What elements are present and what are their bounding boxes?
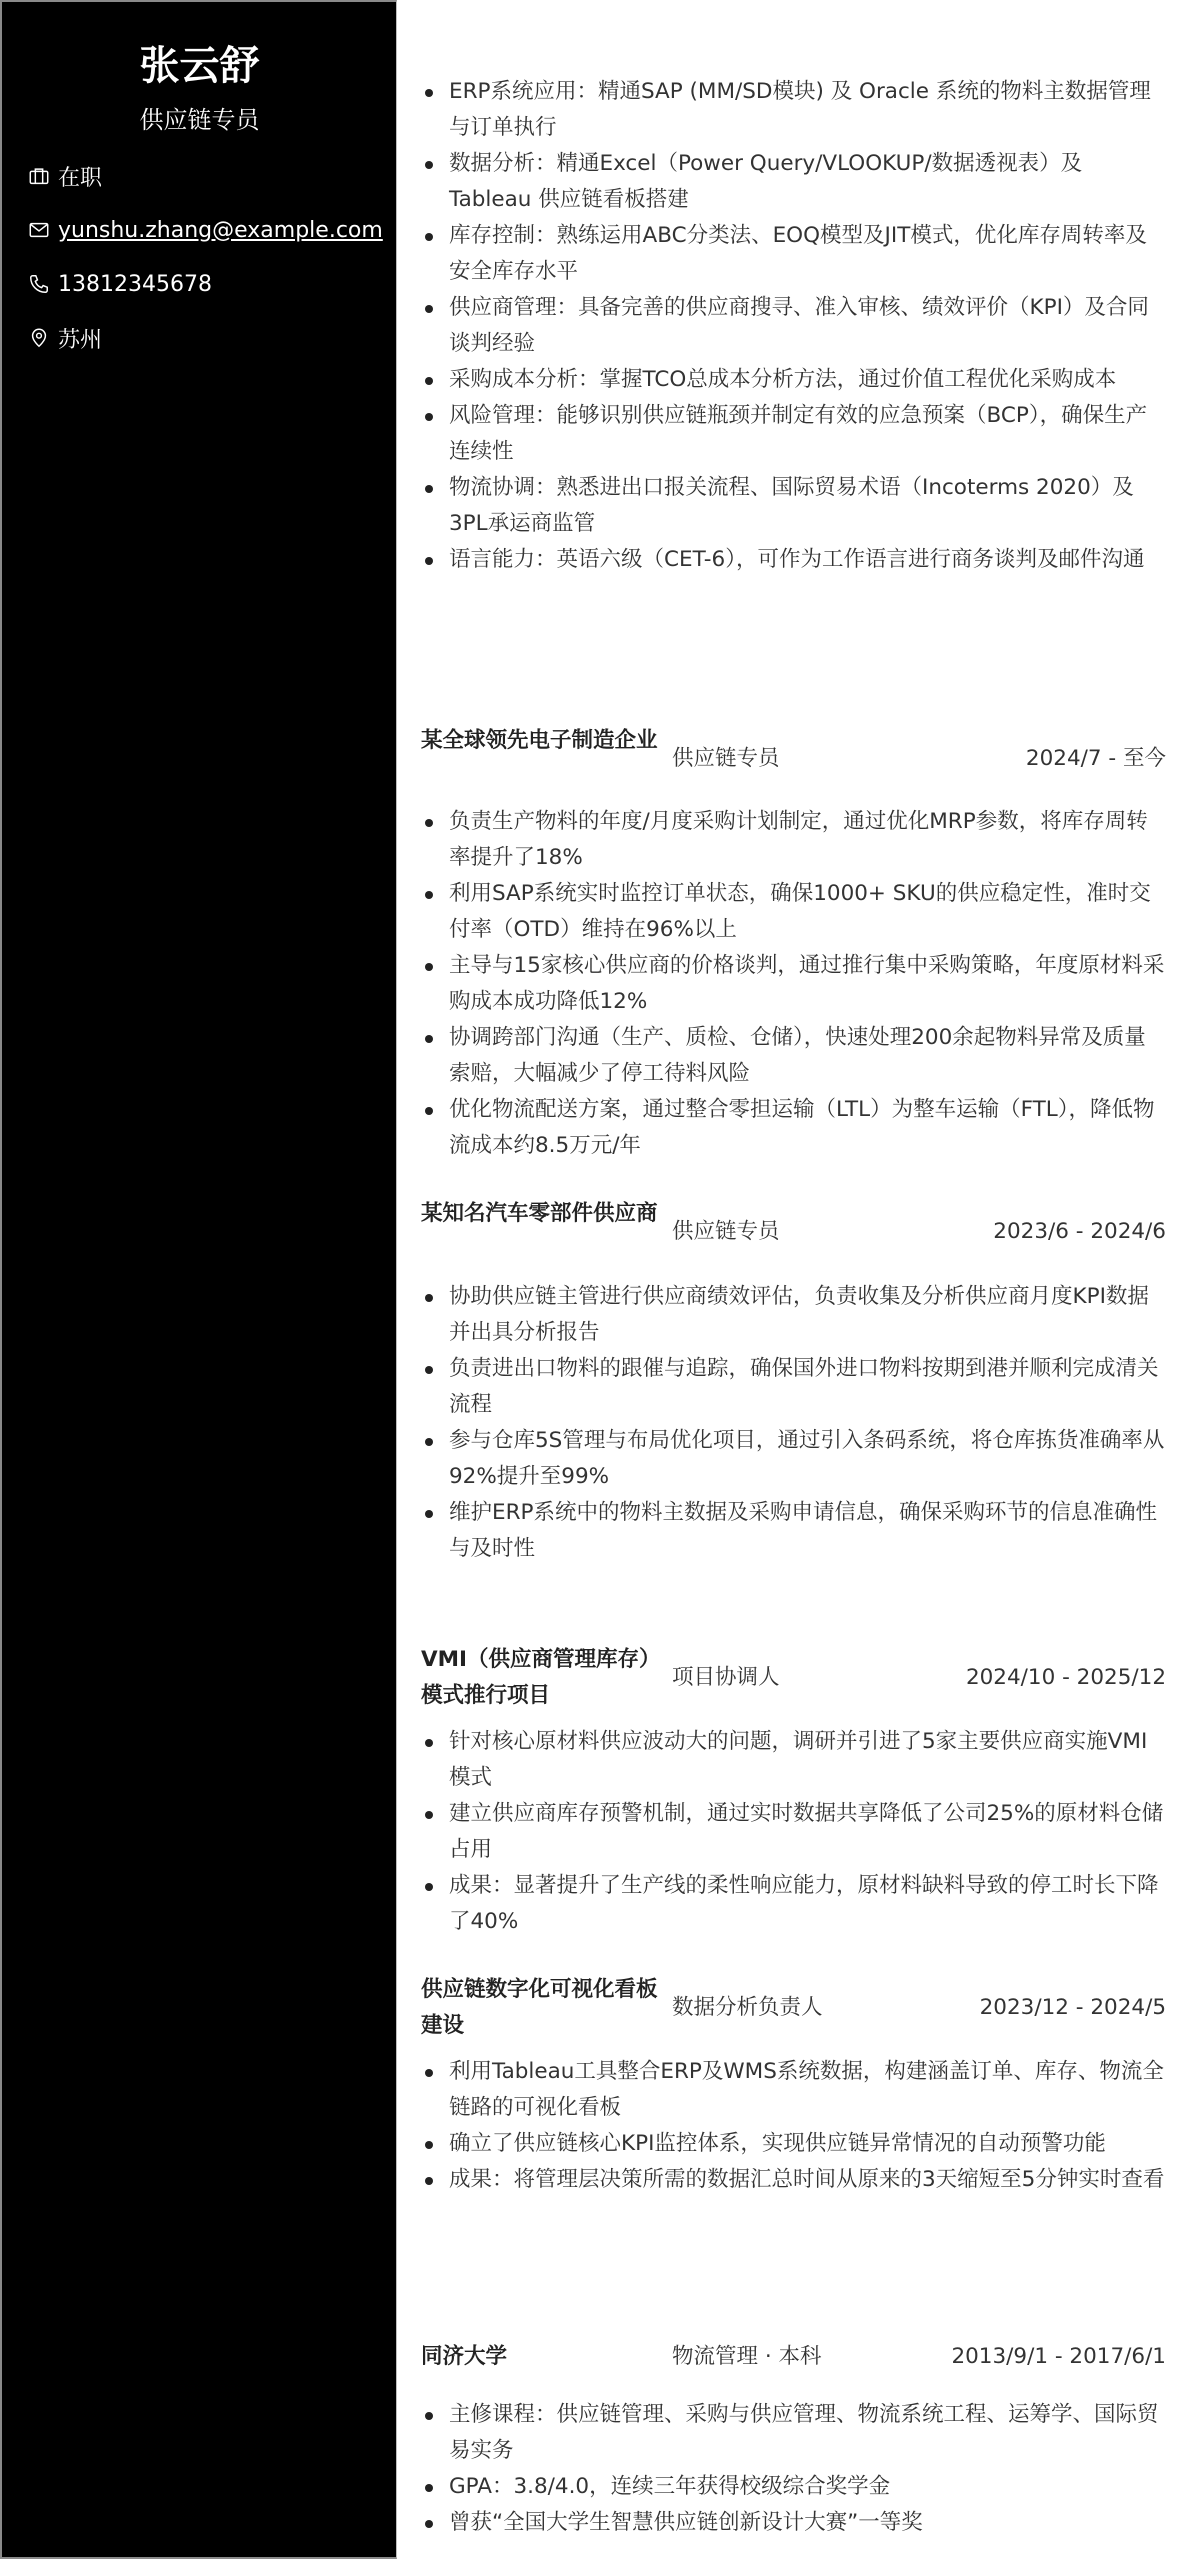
list-item: 建立供应商库存预警机制，通过实时数据共享降低了公司25%的原材料仓储占用: [421, 1796, 1166, 1868]
list-item: 成果：将管理层决策所需的数据汇总时间从原来的3天缩短至5分钟实时查看: [421, 2162, 1166, 2198]
date-range: 2024/7 - 至今: [1026, 741, 1166, 777]
list-item: 协助供应链主管进行供应商绩效评估，负责收集及分析供应商月度KPI数据并出具分析报…: [421, 1279, 1166, 1351]
phone-text: 13812345678: [58, 272, 212, 297]
contact-phone: 13812345678: [28, 266, 384, 302]
list-item: 曾获“全国大学生智慧供应链创新设计大赛”一等奖: [421, 2505, 1166, 2541]
skills-list: ERP系统应用：精通SAP (MM/SD模块) 及 Oracle 系统的物料主数…: [421, 74, 1166, 578]
project-name: 供应链数字化可视化看板建设: [421, 1972, 666, 2044]
job-role: 供应链专员: [672, 1214, 780, 1250]
work-bullets: 负责生产物料的年度/月度采购计划制定，通过优化MRP参数，将库存周转率提升了18…: [421, 804, 1166, 1164]
skill-item: 物流协调：熟悉进出口报关流程、国际贸易术语（Incoterms 2020）及3P…: [421, 470, 1166, 542]
date-range: 2023/12 - 2024/5: [980, 1990, 1166, 2026]
date-range: 2013/9/1 - 2017/6/1: [951, 2339, 1166, 2375]
work-entry-header: 某全球领先电子制造企业 供应链专员 2024/7 - 至今: [421, 723, 1166, 795]
skill-item: 库存控制：熟练运用ABC分类法、EOQ模型及JIT模式，优化库存周转率及安全库存…: [421, 218, 1166, 290]
list-item: 针对核心原材料供应波动大的问题，调研并引进了5家主要供应商实施VMI模式: [421, 1724, 1166, 1796]
education-bullets: 主修课程：供应链管理、采购与供应管理、物流系统工程、运筹学、国际贸易实务 GPA…: [421, 2397, 1166, 2541]
list-item: 负责进出口物料的跟催与追踪，确保国外进口物料按期到港并顺利完成清关流程: [421, 1351, 1166, 1423]
list-item: 主修课程：供应链管理、采购与供应管理、物流系统工程、运筹学、国际贸易实务: [421, 2397, 1166, 2469]
degree: 物流管理 · 本科: [672, 2339, 822, 2375]
contact-location: 苏州: [28, 320, 384, 356]
status-text: 在职: [58, 161, 102, 192]
list-item: 协调跨部门沟通（生产、质检、仓储），快速处理200余起物料异常及质量索赔，大幅减…: [421, 1020, 1166, 1092]
briefcase-icon: [28, 165, 50, 187]
project-bullets: 利用Tableau工具整合ERP及WMS系统数据，构建涵盖订单、库存、物流全链路…: [421, 2054, 1166, 2198]
list-item: 成果：显著提升了生产线的柔性响应能力，原材料缺料导致的停工时长下降了40%: [421, 1868, 1166, 1940]
phone-icon: [28, 273, 50, 295]
school-name: 同济大学: [421, 2339, 666, 2375]
project-entry-header: 供应链数字化可视化看板建设 数据分析负责人 2023/12 - 2024/5: [421, 1972, 1166, 2044]
skill-item: 供应商管理：具备完善的供应商搜寻、准入审核、绩效评价（KPI）及合同谈判经验: [421, 290, 1166, 362]
list-item: 利用Tableau工具整合ERP及WMS系统数据，构建涵盖订单、库存、物流全链路…: [421, 2054, 1166, 2126]
company-name: 某全球领先电子制造企业: [421, 723, 666, 759]
contact-status: 在职: [28, 158, 384, 194]
company-name: 某知名汽车零部件供应商: [421, 1196, 666, 1232]
skill-item: ERP系统应用：精通SAP (MM/SD模块) 及 Oracle 系统的物料主数…: [421, 74, 1166, 146]
list-item: 维护ERP系统中的物料主数据及采购申请信息，确保采购环节的信息准确性与及时性: [421, 1495, 1166, 1567]
list-item: 负责生产物料的年度/月度采购计划制定，通过优化MRP参数，将库存周转率提升了18…: [421, 804, 1166, 876]
project-bullets: 针对核心原材料供应波动大的问题，调研并引进了5家主要供应商实施VMI模式 建立供…: [421, 1724, 1166, 1940]
project-role: 数据分析负责人: [672, 1990, 823, 2026]
contact-email[interactable]: yunshu.zhang@example.com: [28, 212, 384, 248]
list-item: 优化物流配送方案，通过整合零担运输（LTL）为整车运输（FTL），降低物流成本约…: [421, 1092, 1166, 1164]
list-item: 参与仓库5S管理与布局优化项目，通过引入条码系统，将仓库拣货准确率从92%提升至…: [421, 1423, 1166, 1495]
project-role: 项目协调人: [672, 1660, 780, 1696]
project-entry-header: VMI（供应商管理库存）模式推行项目 项目协调人 2024/10 - 2025/…: [421, 1642, 1166, 1714]
date-range: 2024/10 - 2025/12: [966, 1660, 1166, 1696]
profile-name: 张云舒: [2, 38, 397, 94]
list-item: GPA：3.8/4.0，连续三年获得校级综合奖学金: [421, 2469, 1166, 2505]
email-link[interactable]: yunshu.zhang@example.com: [58, 218, 383, 243]
list-item: 确立了供应链核心KPI监控体系，实现供应链异常情况的自动预警功能: [421, 2126, 1166, 2162]
skill-item: 采购成本分析：掌握TCO总成本分析方法，通过价值工程优化采购成本: [421, 362, 1166, 398]
skill-item: 数据分析：精通Excel（Power Query/VLOOKUP/数据透视表）及…: [421, 146, 1166, 218]
mail-icon: [28, 219, 50, 241]
list-item: 利用SAP系统实时监控订单状态，确保1000+ SKU的供应稳定性，准时交付率（…: [421, 876, 1166, 948]
sidebar: 张云舒 供应链专员 在职 yunshu.zhang@example.com 13…: [0, 0, 397, 2559]
work-bullets: 协助供应链主管进行供应商绩效评估，负责收集及分析供应商月度KPI数据并出具分析报…: [421, 1279, 1166, 1567]
job-role: 供应链专员: [672, 741, 780, 777]
skill-item: 风险管理：能够识别供应链瓶颈并制定有效的应急预案（BCP），确保生产连续性: [421, 398, 1166, 470]
profile-title: 供应链专员: [2, 103, 397, 137]
skill-item: 语言能力：英语六级（CET-6），可作为工作语言进行商务谈判及邮件沟通: [421, 542, 1166, 578]
work-entry-header: 某知名汽车零部件供应商 供应链专员 2023/6 - 2024/6: [421, 1196, 1166, 1268]
location-text: 苏州: [58, 323, 102, 354]
date-range: 2023/6 - 2024/6: [993, 1214, 1166, 1250]
list-item: 主导与15家核心供应商的价格谈判，通过推行集中采购策略，年度原材料采购成本成功降…: [421, 948, 1166, 1020]
location-icon: [28, 327, 50, 349]
project-name: VMI（供应商管理库存）模式推行项目: [421, 1642, 666, 1714]
